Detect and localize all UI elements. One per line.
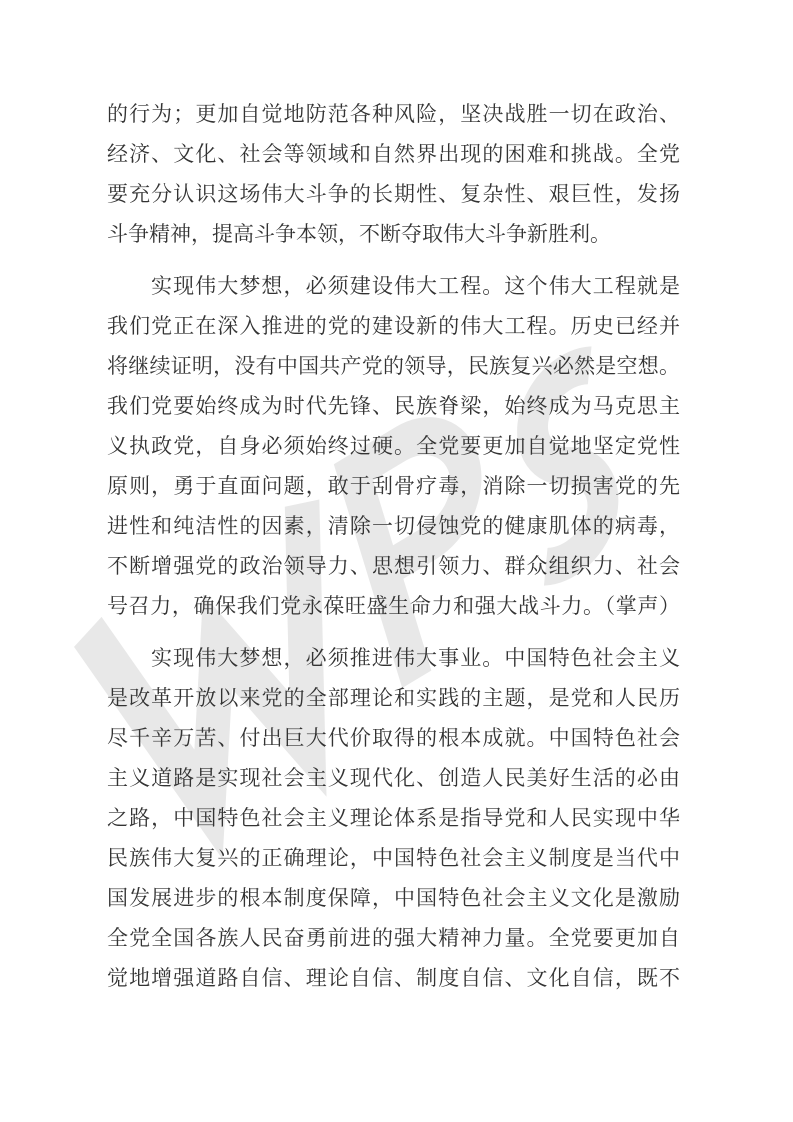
- document-body: 的行为；更加自觉地防范各种风险，坚决战胜一切在政治、经济、文化、社会等领域和自然…: [107, 94, 680, 998]
- text-line: 全党全国各族人民奋勇前进的强大精神力量。全党要更加自: [107, 918, 680, 958]
- text-line: 之路，中国特色社会主义理论体系是指导党和人民实现中华: [107, 798, 680, 838]
- text-line: 是改革开放以来党的全部理论和实践的主题，是党和人民历: [107, 678, 680, 718]
- text-line: 斗争精神，提高斗争本领，不断夺取伟大斗争新胜利。: [107, 214, 680, 254]
- text-line: 经济、文化、社会等领域和自然界出现的困难和挑战。全党: [107, 134, 680, 174]
- text-line: 国发展进步的根本制度保障，中国特色社会主义文化是激励: [107, 878, 680, 918]
- text-line: 觉地增强道路自信、理论自信、制度自信、文化自信，既不: [107, 958, 680, 998]
- paragraph: 的行为；更加自觉地防范各种风险，坚决战胜一切在政治、经济、文化、社会等领域和自然…: [107, 94, 680, 254]
- text-line: 我们党要始终成为时代先锋、民族脊梁，始终成为马克思主: [107, 386, 680, 426]
- text-line: 将继续证明，没有中国共产党的领导，民族复兴必然是空想。: [107, 346, 680, 386]
- text-line: 实现伟大梦想，必须建设伟大工程。这个伟大工程就是: [107, 266, 680, 306]
- document-page: 的行为；更加自觉地防范各种风险，坚决战胜一切在政治、经济、文化、社会等领域和自然…: [0, 0, 793, 1122]
- text-line: 义执政党，自身必须始终过硬。全党要更加自觉地坚定党性: [107, 426, 680, 466]
- text-line: 实现伟大梦想，必须推进伟大事业。中国特色社会主义: [107, 638, 680, 678]
- paragraph: 实现伟大梦想，必须推进伟大事业。中国特色社会主义是改革开放以来党的全部理论和实践…: [107, 638, 680, 998]
- text-line: 要充分认识这场伟大斗争的长期性、复杂性、艰巨性，发扬: [107, 174, 680, 214]
- text-line: 民族伟大复兴的正确理论，中国特色社会主义制度是当代中: [107, 838, 680, 878]
- text-line: 号召力，确保我们党永葆旺盛生命力和强大战斗力。（掌声）: [107, 586, 680, 626]
- text-line: 主义道路是实现社会主义现代化、创造人民美好生活的必由: [107, 758, 680, 798]
- text-line: 尽千辛万苦、付出巨大代价取得的根本成就。中国特色社会: [107, 718, 680, 758]
- text-line: 不断增强党的政治领导力、思想引领力、群众组织力、社会: [107, 546, 680, 586]
- text-line: 我们党正在深入推进的党的建设新的伟大工程。历史已经并: [107, 306, 680, 346]
- paragraph: 实现伟大梦想，必须建设伟大工程。这个伟大工程就是我们党正在深入推进的党的建设新的…: [107, 266, 680, 626]
- text-line: 原则，勇于直面问题，敢于刮骨疗毒，消除一切损害党的先: [107, 466, 680, 506]
- text-line: 的行为；更加自觉地防范各种风险，坚决战胜一切在政治、: [107, 94, 680, 134]
- text-line: 进性和纯洁性的因素，清除一切侵蚀党的健康肌体的病毒，: [107, 506, 680, 546]
